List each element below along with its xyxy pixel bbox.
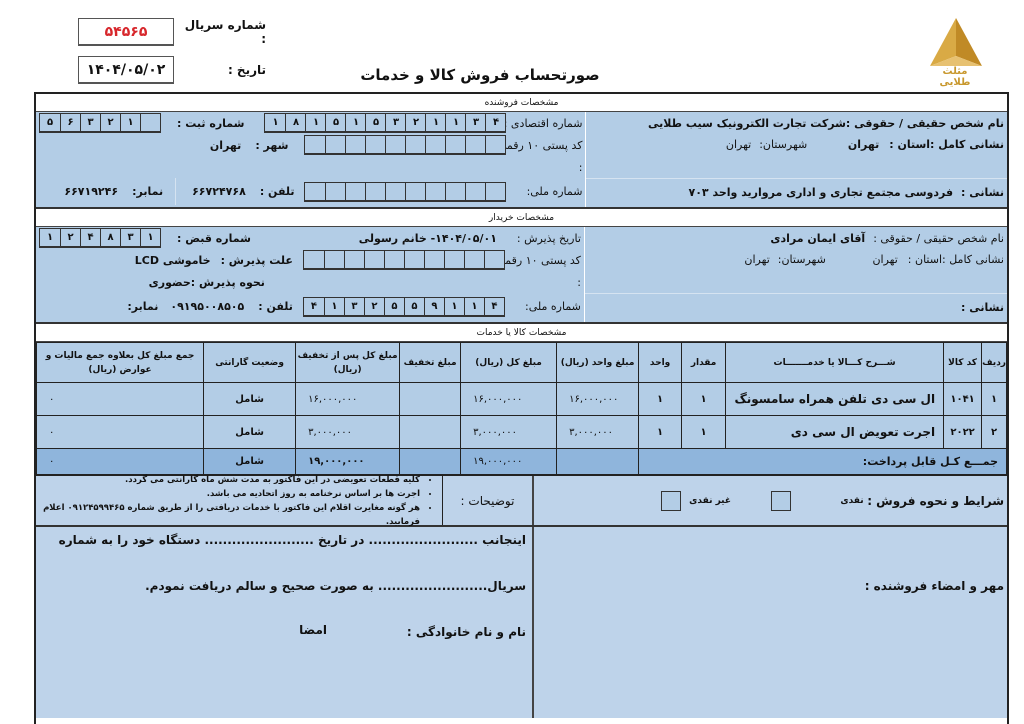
total-grand: ۰ [37,449,204,475]
seller-postal-row: کد پستی ۱۰ رقمی شهر : تهران [36,134,585,156]
buyer-name-value: آقای ایمان مرادی [770,232,865,245]
item-description: ال سی دی تلفن همراه سامسونگ [726,383,944,416]
seller-county-label: شهرستان: [759,138,807,151]
digit-box[interactable] [305,136,325,153]
item-code: ۱۰۴۱ [944,383,982,416]
non-cash-label: غیر نقدی [689,496,731,506]
digit-box[interactable]: ۴ [485,114,505,131]
digit-box[interactable]: ۳ [465,114,485,131]
seller-phone-value: ۶۶۷۲۴۷۶۸ [192,185,246,198]
buyer-national-id-digits[interactable]: ۴۱۱۹۵۵۲۳۱۴ [303,297,505,317]
buyer-right-column: نام شخص حقیقی / حقوقی : آقای ایمان مرادی… [584,227,1007,322]
buyer-national-id-label: شماره ملی: [511,300,581,313]
date-field: تاریخ : ۱۴۰۴/۰۵/۰۲ [78,56,266,84]
table-row: ۱ ۱۰۴۱ ال سی دی تلفن همراه سامسونگ ۱ ۱ ۱… [37,383,1007,416]
items-header-row: ردیف کد کالا شـــرح کـــالا یا خدمــــــ… [37,343,1007,383]
seller-national-id-digits[interactable] [304,182,506,202]
total-label: جمـــع کـل قابل پرداخت: [639,449,1007,475]
item-code: ۲۰۲۲ [944,416,982,449]
signature-area: مهر و امضاء فروشنده : اینجانب ..........… [36,527,1007,718]
seller-signature-label: مهر و امضاء فروشنده : [865,579,1004,593]
digit-box[interactable]: ۳ [344,298,364,315]
notes-label: توضیحات : [461,494,515,508]
total-row: جمـــع کـل قابل پرداخت: ۱۹,۰۰۰,۰۰۰ ۱۹,۰۰… [37,449,1007,475]
items-section-title: مشخصات کالا یا خدمات [36,324,1007,342]
row-number: ۱ [982,383,1007,416]
digit-box[interactable] [344,251,364,268]
seller-phone-label: تلفن : [260,185,295,198]
buyer-province-value: تهران [848,253,898,266]
note-item: اجرت ها بر اساس نرخنامه به روز اتحادیه م… [36,487,420,501]
item-grand-total: ۰ [37,416,204,449]
buyer-receipt-digits[interactable]: ۱۳۸۴۲۱ [39,228,161,248]
cash-label: نقدی [837,496,867,506]
digit-box[interactable] [444,251,464,268]
item-discount [400,383,461,416]
digit-box[interactable]: ۱ [305,114,325,131]
digit-box[interactable]: ۳ [385,114,405,131]
buyer-reception-date-value: ۱۴۰۴/۰۵/۰۱- خانم رسولی [257,232,497,245]
item-unit-price: ۳,۰۰۰,۰۰۰ [557,416,639,449]
item-unit: ۱ [639,416,682,449]
digit-box[interactable] [345,136,365,153]
digit-box[interactable]: ۱ [324,298,344,315]
buyer-left-column: تاریخ پذیرش : ۱۴۰۴/۰۵/۰۱- خانم رسولی شما… [36,227,584,322]
digit-box[interactable]: ۲ [100,114,120,131]
digit-box[interactable] [325,183,345,200]
item-after-discount: ۳,۰۰۰,۰۰۰ [296,416,400,449]
total-amount: ۱۹,۰۰۰,۰۰۰ [461,449,557,475]
empty-cell [557,449,639,475]
buyer-address-full-row: نشانی کامل :استان : تهران شهرستان: تهران [585,249,1007,293]
buyer-statement-line2: سریال........................ به صورت صح… [145,579,526,593]
digit-box[interactable] [305,183,325,200]
terms-label: شرایط و نحوه فروش : [867,494,1007,508]
digit-box[interactable]: ۵ [40,114,60,131]
seller-national-row: شماره ملی: تلفن : ۶۶۷۲۴۷۶۸ نمابر: ۶۶۷۱۹۲… [36,178,585,205]
terms-section: شرایط و نحوه فروش : نقدی غیر نقدی [532,476,1007,525]
digit-box[interactable] [345,183,365,200]
seller-right-column: نام شخص حقیقی / حقوقی : شرکت تجارت الکتر… [585,112,1007,207]
buyer-receipt-label: شماره قبض : [177,232,251,245]
seller-city-value: تهران [210,139,241,152]
digit-box[interactable]: ۴ [304,298,324,315]
seller-postal-colon-row: : [36,156,585,178]
seller-address-row: نشانی : فردوسی مجتمع تجاری و اداری مروار… [586,178,1007,205]
buyer-statement-line1: اینجانب ........................ در تاری… [59,533,526,547]
brand-name: مثلث طلایی [926,66,984,88]
digit-box[interactable]: ۱ [444,298,464,315]
buyer-reception-row: تاریخ پذیرش : ۱۴۰۴/۰۵/۰۱- خانم رسولی شما… [36,227,584,249]
seller-address-value: فردوسی مجتمع تجاری و اداری مروارید واحد … [688,186,953,199]
seller-name-label: نام شخص حقیقی / حقوقی : [846,117,1004,130]
digit-box[interactable]: ۱ [464,298,484,315]
buyer-county-value: تهران [744,253,769,266]
digit-box[interactable] [405,136,425,153]
buyer-name-label: نام و نام خانوادگی : [407,625,526,639]
digit-box[interactable] [365,183,385,200]
seller-province-label: نشانی کامل :استان : [889,138,1004,151]
seller-city-label: شهر : [255,139,288,152]
digit-box[interactable]: ۸ [285,114,305,131]
item-description: اجرت تعویض ال سی دی [726,416,944,449]
seller-name-value: شرکت تجارت الکترونیک سیب طلایی [648,117,846,130]
digit-box[interactable]: ۳ [80,114,100,131]
digit-box[interactable] [385,183,405,200]
col-total: مبلغ کل (ریال) [461,343,557,383]
item-warranty: شامل [204,416,296,449]
seller-address-full-row: نشانی کامل :استان : تهران شهرستان: تهران [586,134,1007,178]
non-cash-checkbox[interactable] [661,491,681,511]
seller-left-column: شماره اقتصادی : ۴۳۱۱۲۳۵۱۵۱۸۱ شماره ثبت :… [36,112,585,207]
item-discount [400,416,461,449]
digit-box[interactable]: ۱ [345,114,365,131]
col-warranty: وضعیت گارانتی [204,343,296,383]
seller-economic-code-digits[interactable]: ۴۳۱۱۲۳۵۱۵۱۸۱ [264,113,506,133]
buyer-address-label: نشانی : [961,301,1004,314]
buyer-name-label: نام شخص حقیقی / حقوقی : [873,232,1004,245]
col-grand-total: جمع مبلغ کل بعلاوه جمع مالیات و عوارض (ر… [37,343,204,383]
digit-box[interactable] [385,136,405,153]
col-unit-price: مبلغ واحد (ریال) [557,343,639,383]
items-table: ردیف کد کالا شـــرح کـــالا یا خدمــــــ… [36,342,1007,475]
digit-box[interactable]: ۸ [100,229,120,246]
digit-box[interactable]: ۱ [425,114,445,131]
seller-registration-label: شماره ثبت : [177,117,244,130]
note-item: هر گونه مغایرت اقلام این فاکتور با خدمات… [36,501,420,529]
serial-label: شماره سریال : [182,18,266,46]
digit-box[interactable]: ۹ [424,298,444,315]
note-item: کلیه قطعات تعویضی در این فاکتور به مدت ش… [36,473,420,487]
digit-box[interactable] [424,251,444,268]
item-quantity: ۱ [682,383,726,416]
digit-box[interactable] [465,183,485,200]
col-description: شـــرح کـــالا یا خدمـــــــات [726,343,944,383]
digit-box[interactable] [365,136,385,153]
buyer-province-label: نشانی کامل :استان : [908,253,1004,266]
digit-box[interactable]: ۱ [120,114,140,131]
total-discount [400,449,461,475]
item-warranty: شامل [204,383,296,416]
buyer-method-label: نحوه پذیرش : [191,276,265,289]
seller-postal-label: کد پستی ۱۰ رقمی [512,139,582,152]
col-discount: مبلغ تخفیف [400,343,461,383]
digit-box[interactable]: ۵ [384,298,404,315]
buyer-method-row: : نحوه پذیرش : حضوری [36,271,584,293]
digit-box[interactable] [425,136,445,153]
item-unit: ۱ [639,383,682,416]
digit-box[interactable]: ۴ [80,229,100,246]
seller-fax-label: نمابر: [132,185,163,198]
seller-name-row: نام شخص حقیقی / حقوقی : شرکت تجارت الکتر… [586,112,1007,134]
buyer-name-row: نام شخص حقیقی / حقوقی : آقای ایمان مرادی [585,227,1007,249]
digit-box[interactable] [485,183,505,200]
seller-address-label: نشانی : [961,186,1004,199]
seller-province-value: تهران [829,138,879,151]
digit-box[interactable]: ۱ [140,229,160,246]
col-code: کد کالا [944,343,982,383]
digit-box[interactable] [445,136,465,153]
buyer-panel: نام شخص حقیقی / حقوقی : آقای ایمان مرادی… [36,227,1007,324]
notes-list: کلیه قطعات تعویضی در این فاکتور به مدت ش… [36,473,442,529]
digit-box[interactable]: ۱ [40,229,60,246]
buyer-postal-colon: : [511,276,581,289]
serial-number-field: شماره سریال : ۵۴۵۶۵ [78,18,266,46]
item-after-discount: ۱۶,۰۰۰,۰۰۰ [296,383,400,416]
cash-checkbox[interactable] [771,491,791,511]
table-row: ۲ ۲۰۲۲ اجرت تعویض ال سی دی ۱ ۱ ۳,۰۰۰,۰۰۰… [37,416,1007,449]
digit-box[interactable] [405,183,425,200]
col-row: ردیف [982,343,1007,383]
digit-box[interactable] [465,136,485,153]
terms-panel: شرایط و نحوه فروش : نقدی غیر نقدی توضیحا… [36,475,1007,527]
buyer-postal-digits[interactable] [303,250,505,270]
buyer-phone-label: تلفن : [258,300,293,313]
seller-fax-value: ۶۶۷۱۹۲۴۶ [64,185,118,198]
digit-box[interactable]: ۱ [445,114,465,131]
buyer-postal-row: کد پستی ۱۰ رقمی علت پذیرش : خاموشی LCD [36,249,584,271]
digit-box[interactable] [364,251,384,268]
buyer-reception-date-label: تاریخ پذیرش : [511,232,581,245]
buyer-section-title: مشخصات خریدار [36,209,1007,227]
digit-box[interactable]: ۵ [404,298,424,315]
digit-box[interactable] [384,251,404,268]
invoice-frame: مشخصات فروشنده نام شخص حقیقی / حقوقی : ش… [34,92,1009,724]
col-after-discount: مبلغ کل پس از تخفیف (ریال) [296,343,400,383]
digit-box[interactable] [140,114,160,131]
buyer-sign-label: امضا [299,623,327,637]
item-grand-total: ۰ [37,383,204,416]
digit-box[interactable]: ۴ [484,298,504,315]
item-total: ۳,۰۰۰,۰۰۰ [461,416,557,449]
notes-label-cell: توضیحات : [442,476,532,525]
buyer-method-value: حضوری [149,276,191,289]
digit-box[interactable] [325,136,345,153]
digit-box[interactable] [484,251,504,268]
digit-box[interactable] [404,251,424,268]
digit-box[interactable] [425,183,445,200]
digit-box[interactable]: ۲ [364,298,384,315]
buyer-phone-value: ۰۹۱۹۵۰۰۸۵۰۵ [170,300,244,313]
digit-box[interactable] [304,251,324,268]
digit-box[interactable]: ۶ [60,114,80,131]
seller-section-title: مشخصات فروشنده [36,94,1007,112]
seller-postal-digits[interactable] [304,135,506,155]
buyer-reason-label: علت پذیرش : [221,254,293,267]
col-unit: واحد [639,343,682,383]
buyer-fax-label: نمابر: [127,300,158,313]
row-number: ۲ [982,416,1007,449]
total-after-discount: ۱۹,۰۰۰,۰۰۰ [296,449,400,475]
buyer-address-row: نشانی : [585,293,1007,320]
date-label: تاریخ : [182,63,266,77]
seller-panel: نام شخص حقیقی / حقوقی : شرکت تجارت الکتر… [36,112,1007,209]
buyer-reason-value: خاموشی LCD [135,254,211,267]
buyer-national-row: شماره ملی: ۴۱۱۹۵۵۲۳۱۴ تلفن : ۰۹۱۹۵۰۰۸۵۰۵… [36,293,584,320]
seller-registration-digits[interactable]: ۱۲۳۶۵ [39,113,161,133]
digit-box[interactable]: ۱ [265,114,285,131]
seller-signature-box[interactable]: مهر و امضاء فروشنده : [532,527,1007,718]
seller-economic-code-label: شماره اقتصادی : [512,117,582,130]
seller-postal-colon: : [579,161,583,174]
seller-economic-row: شماره اقتصادی : ۴۳۱۱۲۳۵۱۵۱۸۱ شماره ثبت :… [36,112,585,134]
digit-box[interactable]: ۵ [365,114,385,131]
col-quantity: مقدار [682,343,726,383]
buyer-receipt-box: اینجانب ........................ در تاری… [36,527,532,718]
seller-county-value: تهران [726,138,751,151]
digit-box[interactable] [485,136,505,153]
digit-box[interactable]: ۲ [405,114,425,131]
item-quantity: ۱ [682,416,726,449]
buyer-postal-label: کد پستی ۱۰ رقمی [511,254,581,267]
date-value[interactable]: ۱۴۰۴/۰۵/۰۲ [78,56,174,84]
notes-cell: کلیه قطعات تعویضی در این فاکتور به مدت ش… [36,476,442,525]
digit-box[interactable]: ۳ [120,229,140,246]
total-warranty: شامل [204,449,296,475]
digit-box[interactable]: ۲ [60,229,80,246]
digit-box[interactable]: ۵ [325,114,345,131]
digit-box[interactable] [324,251,344,268]
document-title: صورتحساب فروش کالا و خدمات [360,66,600,84]
item-total: ۱۶,۰۰۰,۰۰۰ [461,383,557,416]
buyer-county-label: شهرستان: [778,253,826,266]
seller-national-id-label: شماره ملی: [512,185,582,198]
digit-box[interactable] [464,251,484,268]
divider [175,178,176,205]
serial-value[interactable]: ۵۴۵۶۵ [78,18,174,46]
digit-box[interactable] [445,183,465,200]
item-unit-price: ۱۶,۰۰۰,۰۰۰ [557,383,639,416]
